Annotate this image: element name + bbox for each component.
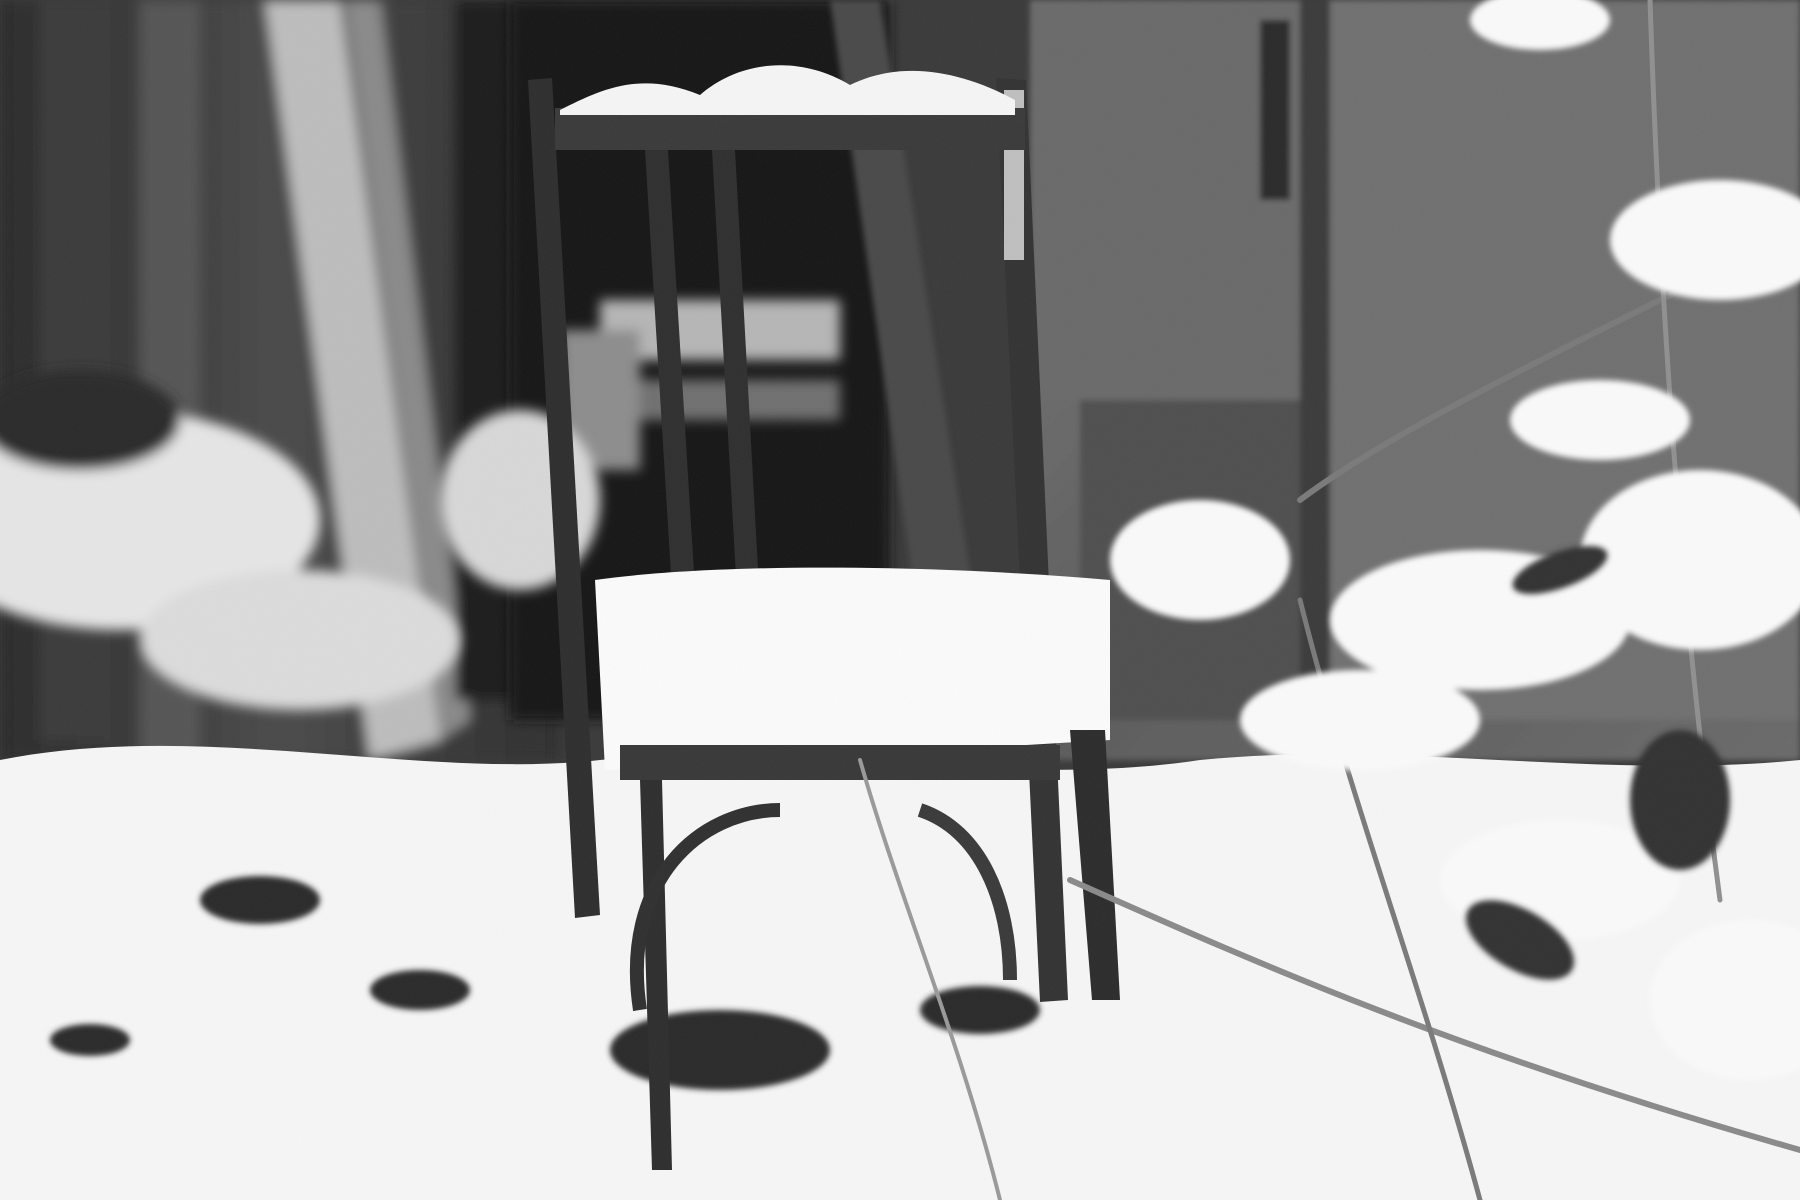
- photograph: An old wooden chair covered in snow, sta…: [0, 0, 1800, 1200]
- snowy-chair-scene: [0, 0, 1800, 1200]
